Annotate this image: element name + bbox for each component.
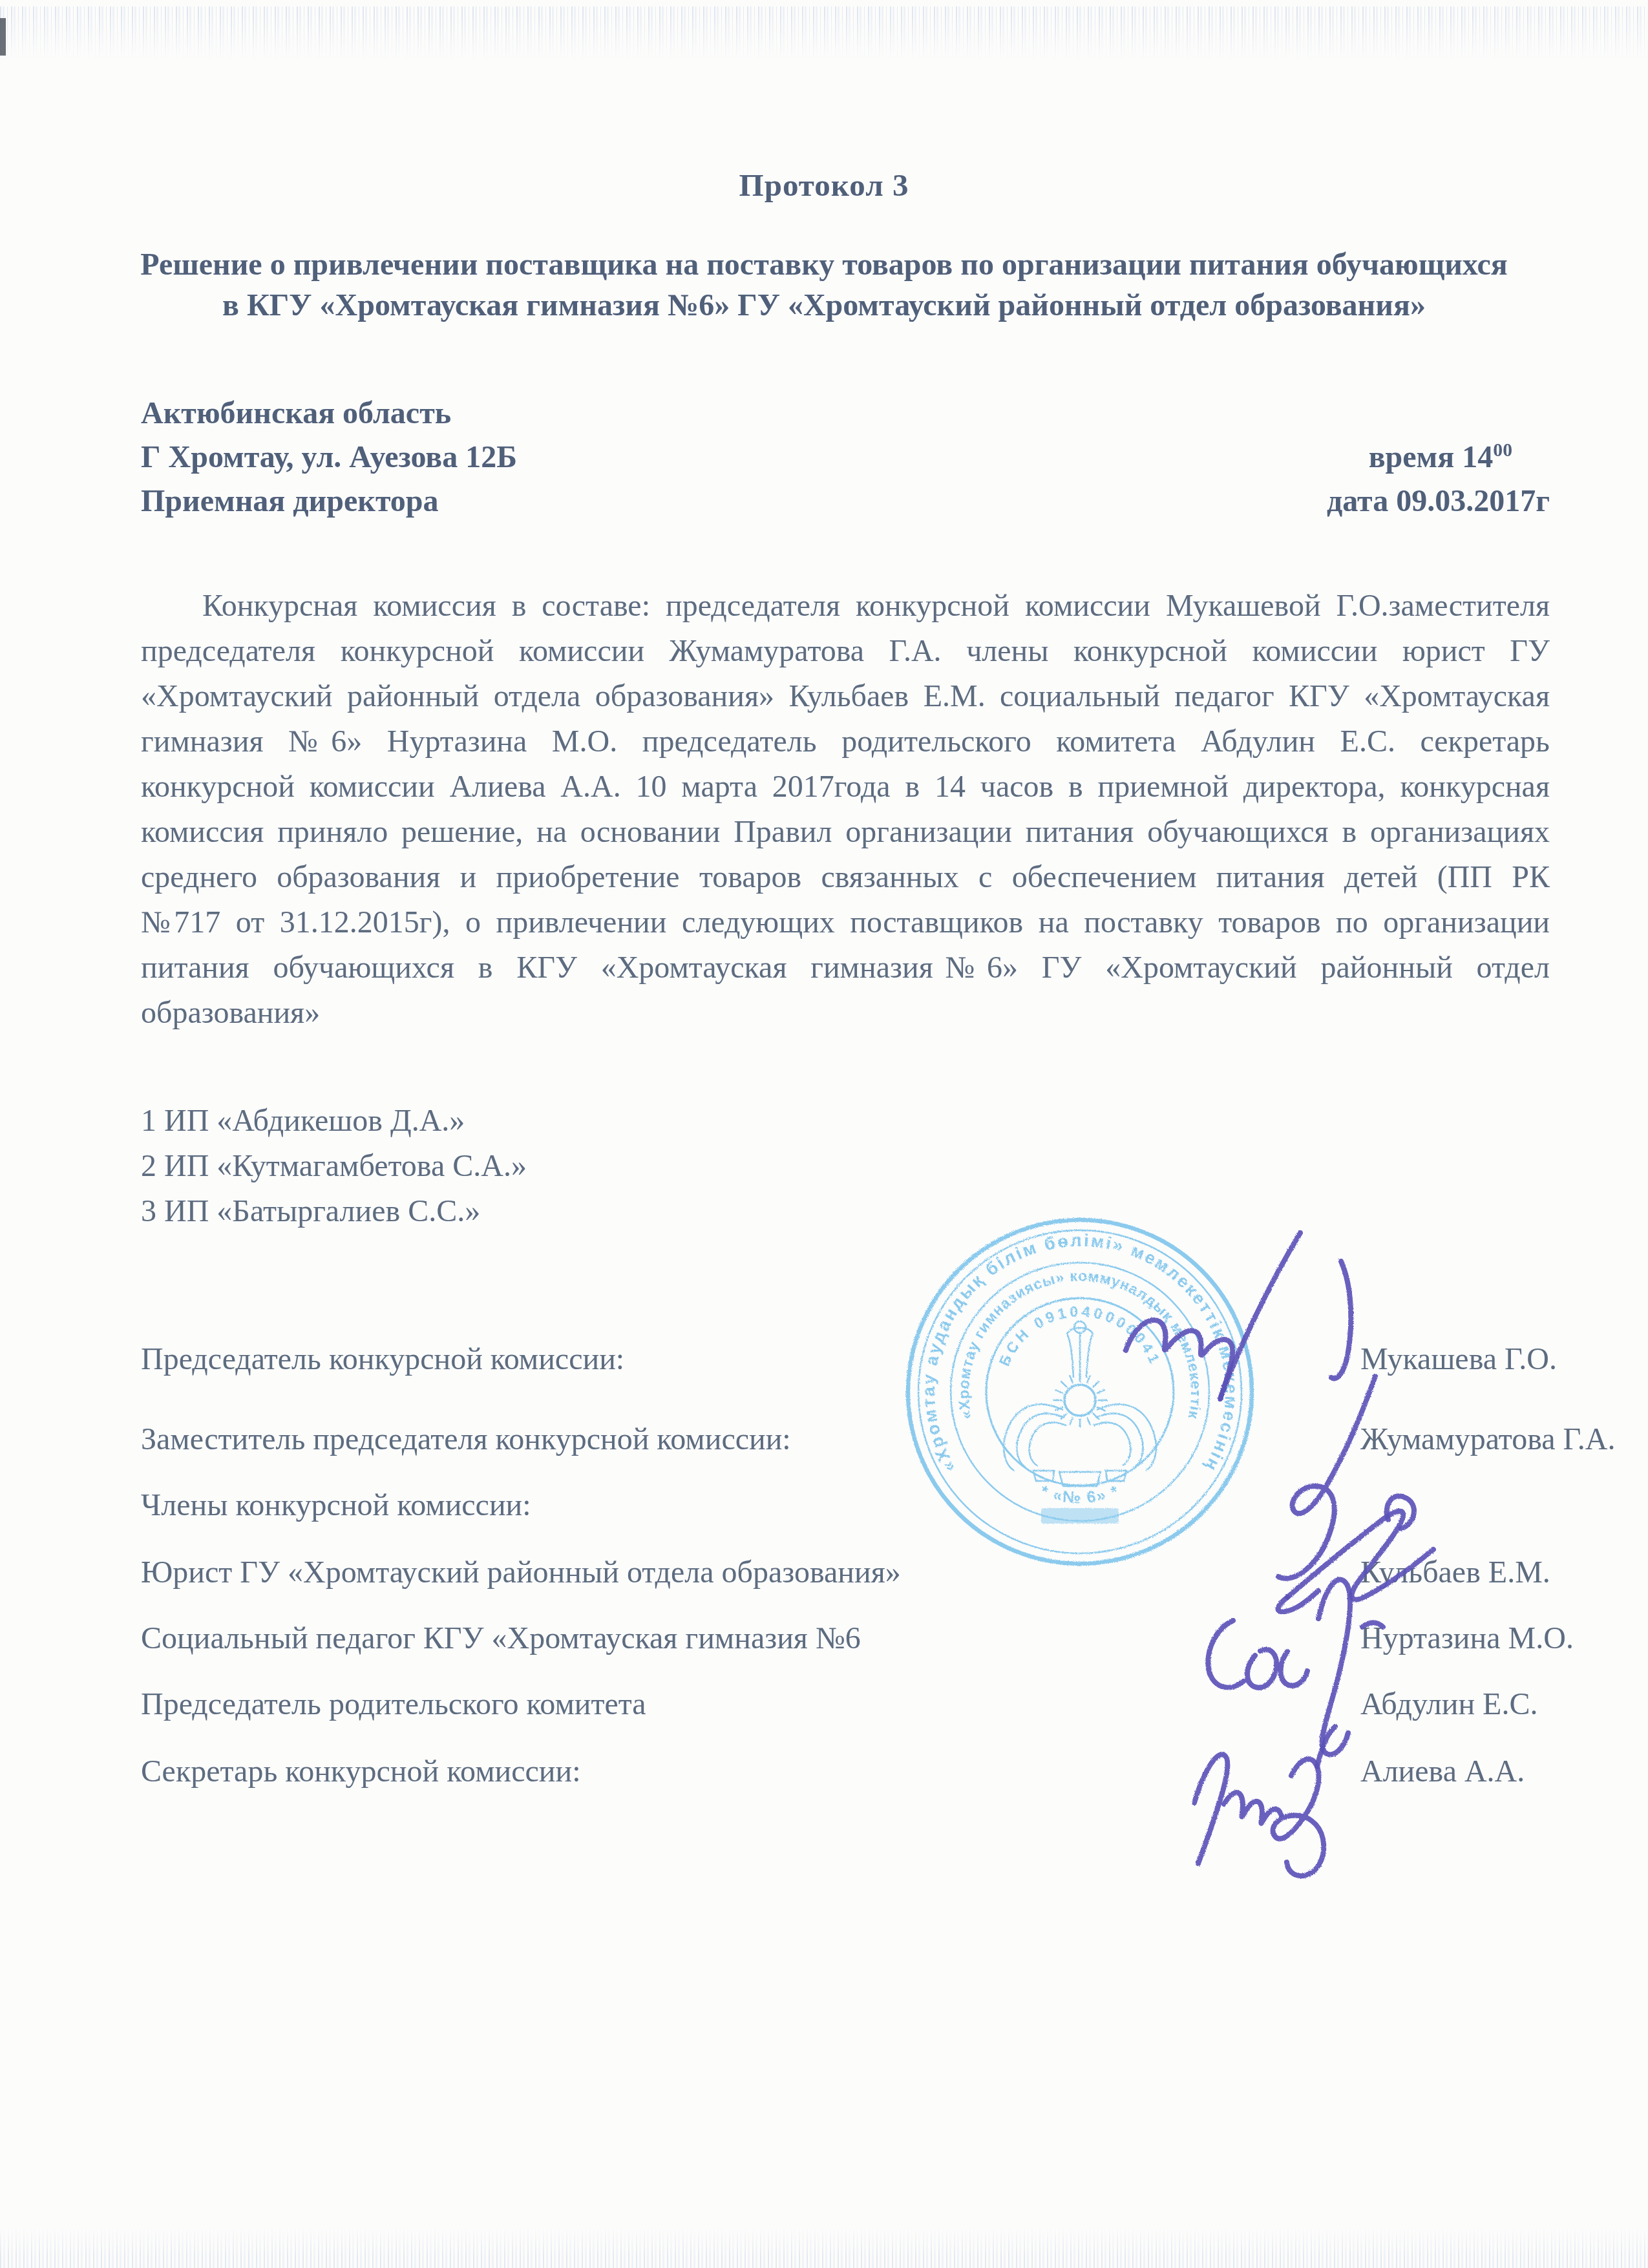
meta-row-venue: Приемная директора дата 09.03.2017г xyxy=(141,483,1550,527)
signature-zhumamuratova xyxy=(1278,1376,1375,1579)
signature-row: Социальный педагог КГУ «Хромтауская гимн… xyxy=(141,1621,1601,1656)
signer-role: Секретарь конкурсной комиссии: xyxy=(141,1754,581,1789)
time-label: время 1400 xyxy=(1369,439,1512,475)
signature-row: Председатель конкурсной комиссии: Мукаше… xyxy=(141,1341,1601,1377)
signer-name: Абдулин Е.С. xyxy=(1360,1686,1537,1722)
signer-role: Председатель родительского комитета xyxy=(141,1687,646,1721)
date-label: дата 09.03.2017г xyxy=(1327,483,1550,519)
scanner-artifact-bottom xyxy=(0,2227,1648,2268)
signature-alieva xyxy=(1224,1792,1281,1823)
supplier-list: 1 ИП «Абдикешов Д.А.» 2 ИП «Кутмагамбето… xyxy=(141,1098,527,1234)
signer-name: Жумамуратова Г.А. xyxy=(1360,1422,1616,1457)
signer-name: Алиева А.А. xyxy=(1360,1754,1525,1789)
signature-row: Юрист ГУ «Хромтауский районный отдела об… xyxy=(141,1555,1601,1590)
signer-role: Заместитель председателя конкурсной коми… xyxy=(141,1422,791,1456)
signature-row: Председатель родительского комитета Абду… xyxy=(141,1686,1601,1722)
signer-role: Председатель конкурсной комиссии: xyxy=(141,1342,624,1376)
signature-kulbaev xyxy=(1278,1591,1318,1612)
signer-role: Юрист ГУ «Хромтауский районный отдела об… xyxy=(141,1555,901,1590)
meta-row-address: Г Хромтау, ул. Ауезова 12Б время 1400 xyxy=(141,439,1550,483)
stamp-middle-ring xyxy=(951,1263,1209,1521)
meta-row-region: Актюбинская область xyxy=(141,395,1550,439)
signature-row: Члены конкурсной комиссии: xyxy=(141,1487,1601,1523)
signer-name: Кульбаев Е.М. xyxy=(1360,1555,1550,1590)
document-subtitle: Решение о привлечении поставщика на пост… xyxy=(132,244,1516,326)
supplier-item: 3 ИП «Батыргалиев С.С.» xyxy=(141,1189,527,1234)
region-label: Актюбинская область xyxy=(141,395,451,431)
supplier-item: 2 ИП «Кутмагамбетова С.А.» xyxy=(141,1144,527,1189)
meta-block: Актюбинская область Г Хромтау, ул. Ауезо… xyxy=(141,395,1550,527)
address-label: Г Хромтау, ул. Ауезова 12Б xyxy=(141,439,517,475)
signer-role: Социальный педагог КГУ «Хромтауская гимн… xyxy=(141,1621,861,1655)
body-paragraph: Конкурсная комиссия в составе: председат… xyxy=(141,583,1550,1036)
signature-row: Заместитель председателя конкурсной коми… xyxy=(141,1422,1601,1457)
time-superscript: 00 xyxy=(1493,439,1512,461)
signer-role: Члены конкурсной комиссии: xyxy=(141,1488,531,1522)
signature-nurtazina xyxy=(1281,1652,1307,1686)
signature-nurtazina xyxy=(1318,1579,1350,1754)
stamp-emblem-ring xyxy=(986,1298,1174,1486)
scanner-edge-mark xyxy=(0,18,6,56)
signer-name: Нуртазина М.О. xyxy=(1360,1621,1574,1656)
signature-row: Секретарь конкурсной комиссии: Алиева А.… xyxy=(141,1754,1601,1789)
document-title: Протокол 3 xyxy=(0,167,1648,204)
signer-name: Мукашева Г.О. xyxy=(1360,1341,1557,1377)
supplier-item: 1 ИП «Абдикешов Д.А.» xyxy=(141,1098,527,1144)
scanner-artifact-top xyxy=(0,6,1648,61)
venue-label: Приемная директора xyxy=(141,483,439,519)
scanned-document-page: Протокол 3 Решение о привлечении поставщ… xyxy=(0,0,1648,2268)
